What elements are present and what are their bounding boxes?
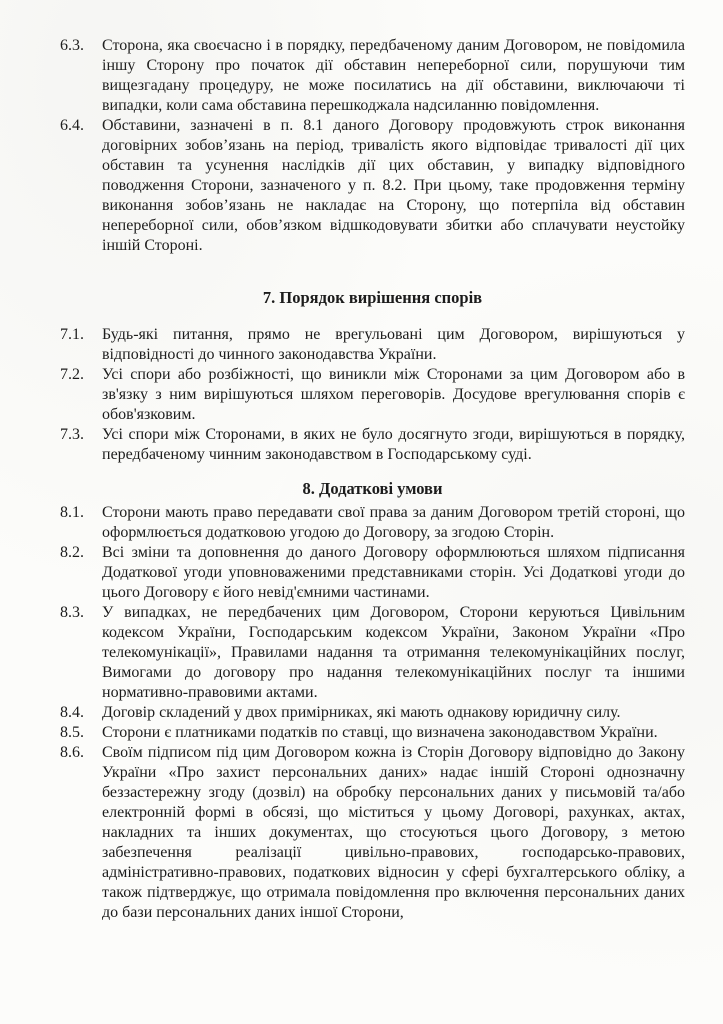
clause-8-6-number: 8.6.	[60, 743, 102, 763]
clause-8-3-text: У випадках, не передбачених цим Договоро…	[102, 603, 685, 703]
clause-8-3-number: 8.3.	[60, 603, 102, 623]
clause-8-1-number: 8.1.	[60, 503, 102, 523]
clause-7-3: 7.3. Усі спори між Сторонами, в яких не …	[60, 425, 685, 465]
clause-8-5-text: Сторони є платниками податків по ставці,…	[102, 723, 685, 743]
clause-7-1-text: Будь-які питання, прямо не врегульовані …	[102, 325, 685, 365]
clause-6-4-text: Обставини, зазначені в п. 8.1 даного Дог…	[102, 116, 685, 256]
clause-8-2-number: 8.2.	[60, 543, 102, 563]
clause-8-3: 8.3. У випадках, не передбачених цим Дог…	[60, 603, 685, 703]
clause-6-3-number: 6.3.	[60, 36, 102, 56]
clause-7-2: 7.2. Усі спори або розбіжності, що виник…	[60, 365, 685, 425]
clause-6-4-number: 6.4.	[60, 116, 102, 136]
clause-8-4-number: 8.4.	[60, 703, 102, 723]
clause-8-4-text: Договір складений у двох примірниках, як…	[102, 703, 685, 723]
clause-8-1-text: Сторони мають право передавати свої прав…	[102, 503, 685, 543]
clause-6-3-text: Сторона, яка своєчасно і в порядку, пере…	[102, 36, 685, 116]
clause-8-2: 8.2. Всі зміни та доповнення до даного Д…	[60, 543, 685, 603]
clause-8-2-text: Всі зміни та доповнення до даного Догово…	[102, 543, 685, 603]
clause-8-5: 8.5. Сторони є платниками податків по ст…	[60, 723, 685, 743]
clause-8-6: 8.6. Своїм підписом під цим Договором ко…	[60, 743, 685, 923]
contract-text-block: 6.3. Сторона, яка своєчасно і в порядку,…	[0, 0, 723, 923]
clause-8-1: 8.1. Сторони мають право передавати свої…	[60, 503, 685, 543]
clause-7-1-number: 7.1.	[60, 325, 102, 345]
scanned-contract-page: 6.3. Сторона, яка своєчасно і в порядку,…	[0, 0, 723, 1024]
clause-6-3: 6.3. Сторона, яка своєчасно і в порядку,…	[60, 36, 685, 116]
clause-8-6-text: Своїм підписом під цим Договором кожна і…	[102, 743, 685, 923]
section-7-heading: 7. Порядок вирішення спорів	[60, 288, 685, 308]
clause-7-2-text: Усі спори або розбіжності, що виникли мі…	[102, 365, 685, 425]
clause-7-2-number: 7.2.	[60, 365, 102, 385]
clause-7-3-number: 7.3.	[60, 425, 102, 445]
clause-6-4: 6.4. Обставини, зазначені в п. 8.1 даног…	[60, 116, 685, 256]
clause-7-3-text: Усі спори між Сторонами, в яких не було …	[102, 425, 685, 465]
section-8-heading: 8. Додаткові умови	[60, 479, 685, 499]
clause-8-4: 8.4. Договір складений у двох примірника…	[60, 703, 685, 723]
clause-7-1: 7.1. Будь-які питання, прямо не врегульо…	[60, 325, 685, 365]
clause-8-5-number: 8.5.	[60, 723, 102, 743]
